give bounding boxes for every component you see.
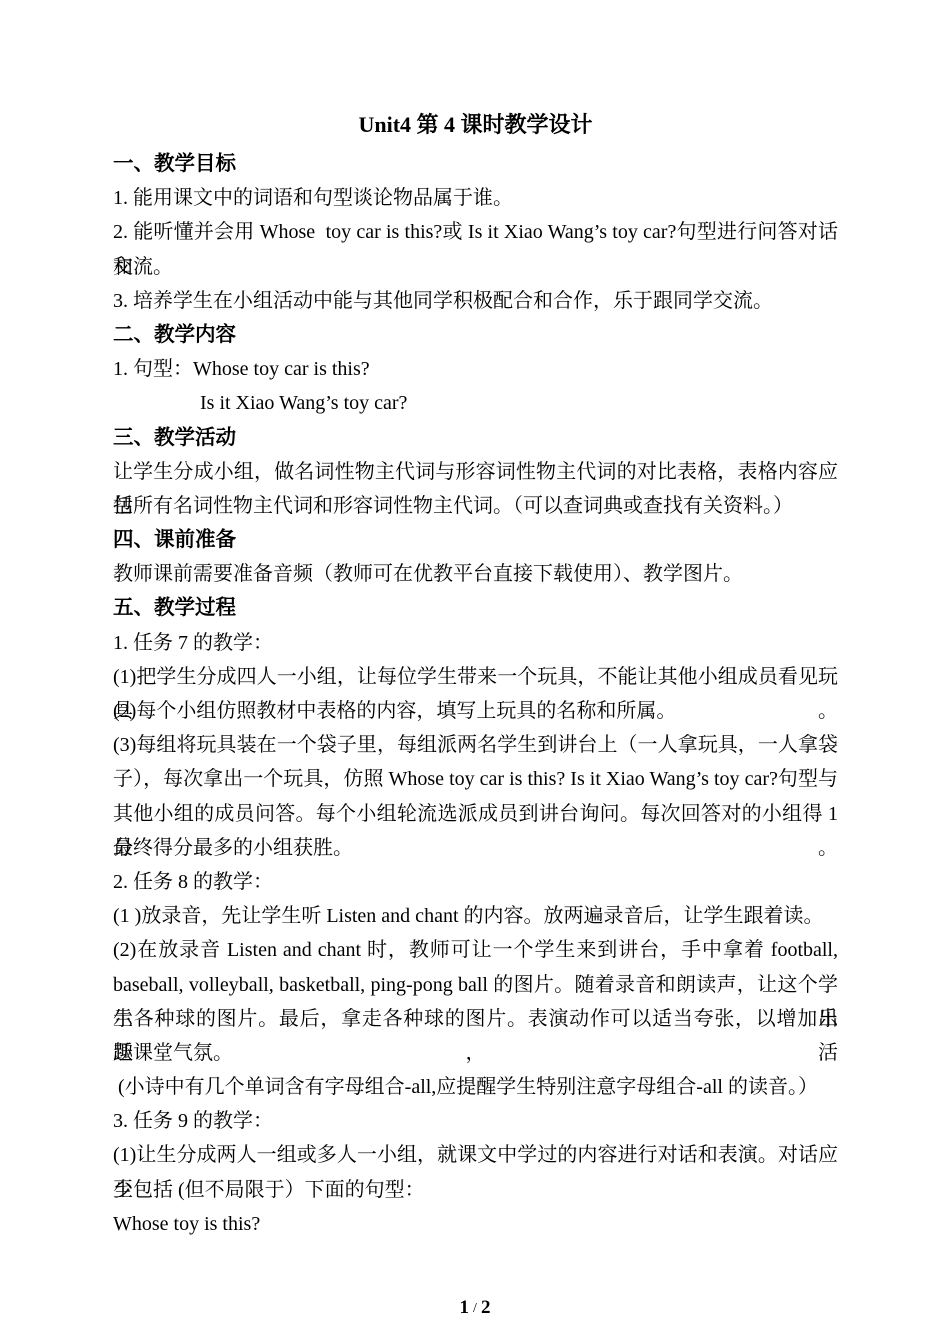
text-line: (1 )放录音，先让学生听 Listen and chant 的内容。放两遍录音… — [113, 899, 838, 933]
text-line: 1. 任务 7 的教学： — [113, 626, 838, 660]
text-line: (小诗中有几个单词含有字母组合-all,应提醒学生特别注意字母组合-all 的读… — [113, 1070, 838, 1104]
text-line: 3. 培养学生在小组活动中能与其他同学积极配合和合作，乐于跟同学交流。 — [113, 284, 838, 318]
text-line: Is it Xiao Wang’s toy car? — [113, 386, 838, 420]
section-heading-preparation: 四、课前准备 — [113, 523, 838, 557]
section-heading-content: 二、教学内容 — [113, 318, 838, 352]
text-line: (1)让生分成两人一组或多人一小组，就课文中学过的内容进行对话和表演。对话应至 — [113, 1138, 838, 1172]
text-line: (3)每组将玩具装在一个袋子里，每组派两名学生到讲台上（一人拿玩具，一人拿袋 — [113, 728, 838, 762]
page-separator: / — [469, 1301, 481, 1316]
section-heading-objectives: 一、教学目标 — [113, 147, 838, 181]
text-line: (1)把学生分成四人一小组，让每位学生带来一个玩具，不能让其他小组成员看见玩具。 — [113, 660, 838, 694]
text-line: 2. 任务 8 的教学： — [113, 865, 838, 899]
text-line: 交流。 — [113, 250, 838, 284]
text-line: (2)在放录音 Listen and chant 时，教师可让一个学生来到讲台，… — [113, 933, 838, 967]
text-line: baseball, volleyball, basketball, ping-p… — [113, 968, 838, 1002]
section-heading-activities: 三、教学活动 — [113, 421, 838, 455]
text-line: 1. 能用课文中的词语和句型谈论物品属于谁。 — [113, 181, 838, 215]
section-heading-process: 五、教学过程 — [113, 591, 838, 625]
text-line: 示各种球的图片。最后，拿走各种球的图片。表演动作可以适当夸张，以增加乐趣，活 — [113, 1002, 838, 1036]
text-line: 少包括 (但不局限于）下面的句型： — [113, 1173, 838, 1207]
text-line: 让学生分成小组，做名词性物主代词与形容词性物主代词的对比表格，表格内容应包 — [113, 455, 838, 489]
text-line: 子），每次拿出一个玩具，仿照 Whose toy car is this? Is… — [113, 762, 838, 796]
text-line: 1. 句型：Whose toy car is this? — [113, 352, 838, 386]
page-total: 2 — [481, 1297, 491, 1318]
text-line: 2. 能听懂并会用 Whose toy car is this?或 Is it … — [113, 215, 838, 249]
document-page: Unit4 第 4 课时教学设计 一、教学目标 1. 能用课文中的词语和句型谈论… — [0, 0, 950, 1344]
page-indicator: 1/2 — [0, 1296, 950, 1321]
text-line: 3. 任务 9 的教学： — [113, 1104, 838, 1138]
document-title: Unit4 第 4 课时教学设计 — [113, 108, 838, 142]
page-current: 1 — [460, 1297, 470, 1318]
document-content: Unit4 第 4 课时教学设计 一、教学目标 1. 能用课文中的词语和句型谈论… — [113, 108, 838, 1241]
text-line: 教师课前需要准备音频（教师可在优教平台直接下载使用）、教学图片。 — [113, 557, 838, 591]
text-line: Whose toy is this? — [113, 1207, 838, 1241]
text-line: 其他小组的成员问答。每个小组轮流选派成员到讲台询问。每次回答对的小组得 1 分。 — [113, 797, 838, 831]
text-line: 括所有名词性物主代词和形容词性物主代词。（可以查词典或查找有关资料。） — [113, 489, 838, 523]
